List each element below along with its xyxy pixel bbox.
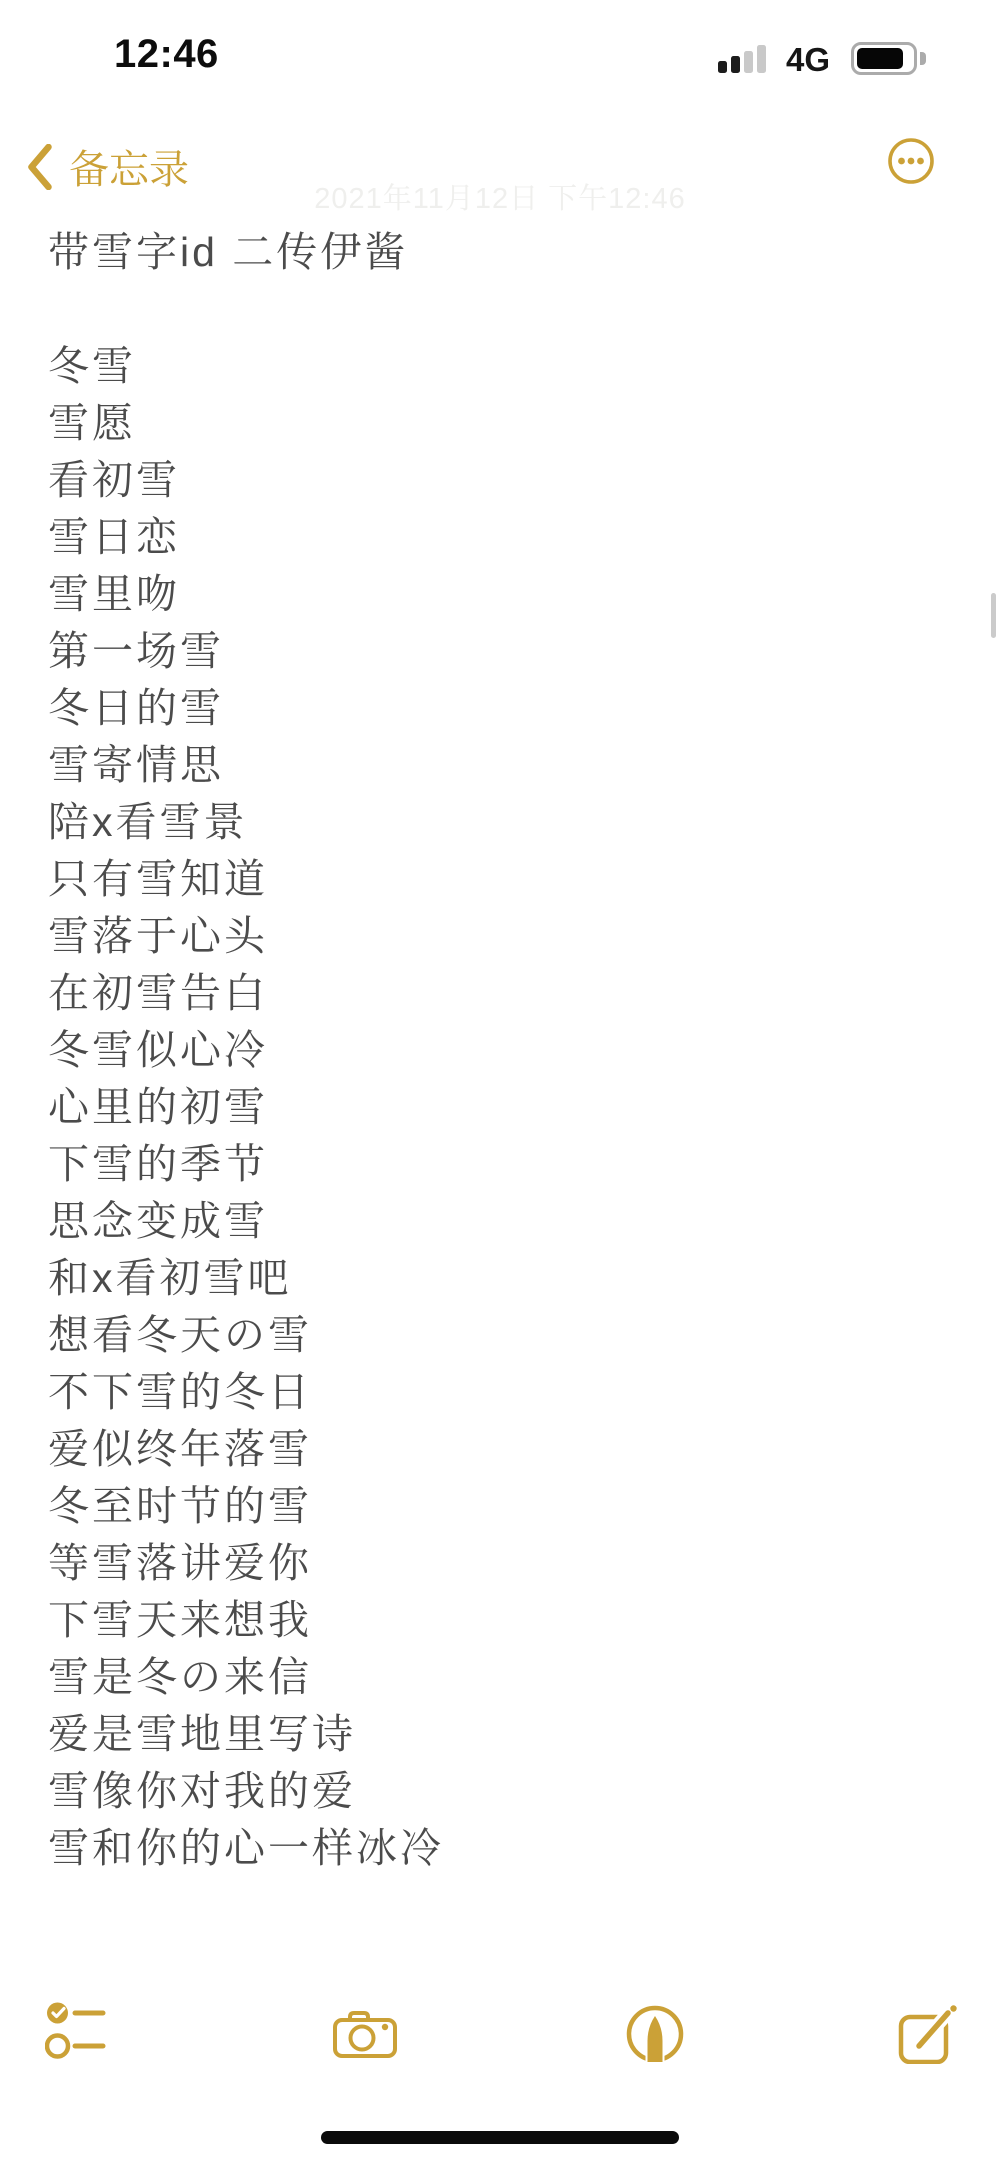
note-line: 思念变成雪 <box>48 1193 970 1250</box>
note-line: 心里的初雪 <box>48 1079 970 1136</box>
home-indicator[interactable] <box>321 2131 679 2144</box>
blank-line <box>48 281 970 338</box>
markup-pen-icon <box>624 2004 686 2070</box>
note-line: 冬日的雪 <box>48 680 970 737</box>
note-line: 雪像你对我的爱 <box>48 1763 970 1820</box>
compose-icon <box>898 2004 962 2064</box>
status-time: 12:46 <box>114 32 219 77</box>
camera-button[interactable] <box>333 2010 397 2061</box>
note-line: 雪愿 <box>48 395 970 452</box>
note-line: 雪和你的心一样冰冷 <box>48 1820 970 1877</box>
note-title: 带雪字id 二传伊酱 <box>48 224 970 281</box>
note-line: 爱是雪地里写诗 <box>48 1706 970 1763</box>
compose-button[interactable] <box>898 2004 962 2067</box>
checklist-button[interactable] <box>45 2000 107 2063</box>
notes-app-screen: 12:46 4G 备忘录 2021年11月12日 下午12:46 带雪字id 二… <box>0 0 1000 2163</box>
note-line: 等雪落讲爱你 <box>48 1535 970 1592</box>
note-line: 想看冬天の雪 <box>48 1307 970 1364</box>
note-line: 下雪天来想我 <box>48 1592 970 1649</box>
network-type-label: 4G <box>786 41 830 79</box>
checklist-icon <box>45 2000 107 2060</box>
note-line: 下雪的季节 <box>48 1136 970 1193</box>
note-editor[interactable]: 带雪字id 二传伊酱 冬雪 雪愿 看初雪 雪日恋 雪里吻 第一场雪 冬日的雪 雪… <box>48 224 970 1877</box>
note-line: 在初雪告白 <box>48 965 970 1022</box>
note-line: 冬雪似心冷 <box>48 1022 970 1079</box>
note-date: 2021年11月12日 下午12:46 <box>0 176 1000 217</box>
note-line: 雪日恋 <box>48 509 970 566</box>
note-lines: 冬雪 雪愿 看初雪 雪日恋 雪里吻 第一场雪 冬日的雪 雪寄情思 陪x看雪景 只… <box>48 338 970 1877</box>
note-line: 只有雪知道 <box>48 851 970 908</box>
note-line: 雪里吻 <box>48 566 970 623</box>
note-line: 陪x看雪景 <box>48 794 970 851</box>
battery-cap <box>920 52 926 65</box>
cellular-signal-icon <box>718 45 770 73</box>
note-line: 第一场雪 <box>48 623 970 680</box>
markup-button[interactable] <box>624 2004 686 2073</box>
camera-icon <box>333 2010 397 2058</box>
note-line: 雪落于心头 <box>48 908 970 965</box>
note-line: 雪是冬の来信 <box>48 1649 970 1706</box>
note-line: 冬至时节的雪 <box>48 1478 970 1535</box>
note-line: 爱似终年落雪 <box>48 1421 970 1478</box>
battery-icon <box>851 42 917 75</box>
note-line: 看初雪 <box>48 452 970 509</box>
note-line: 雪寄情思 <box>48 737 970 794</box>
note-line: 冬雪 <box>48 338 970 395</box>
scrollbar-thumb[interactable] <box>991 593 996 638</box>
note-line: 和x看初雪吧 <box>48 1250 970 1307</box>
note-line: 不下雪的冬日 <box>48 1364 970 1421</box>
